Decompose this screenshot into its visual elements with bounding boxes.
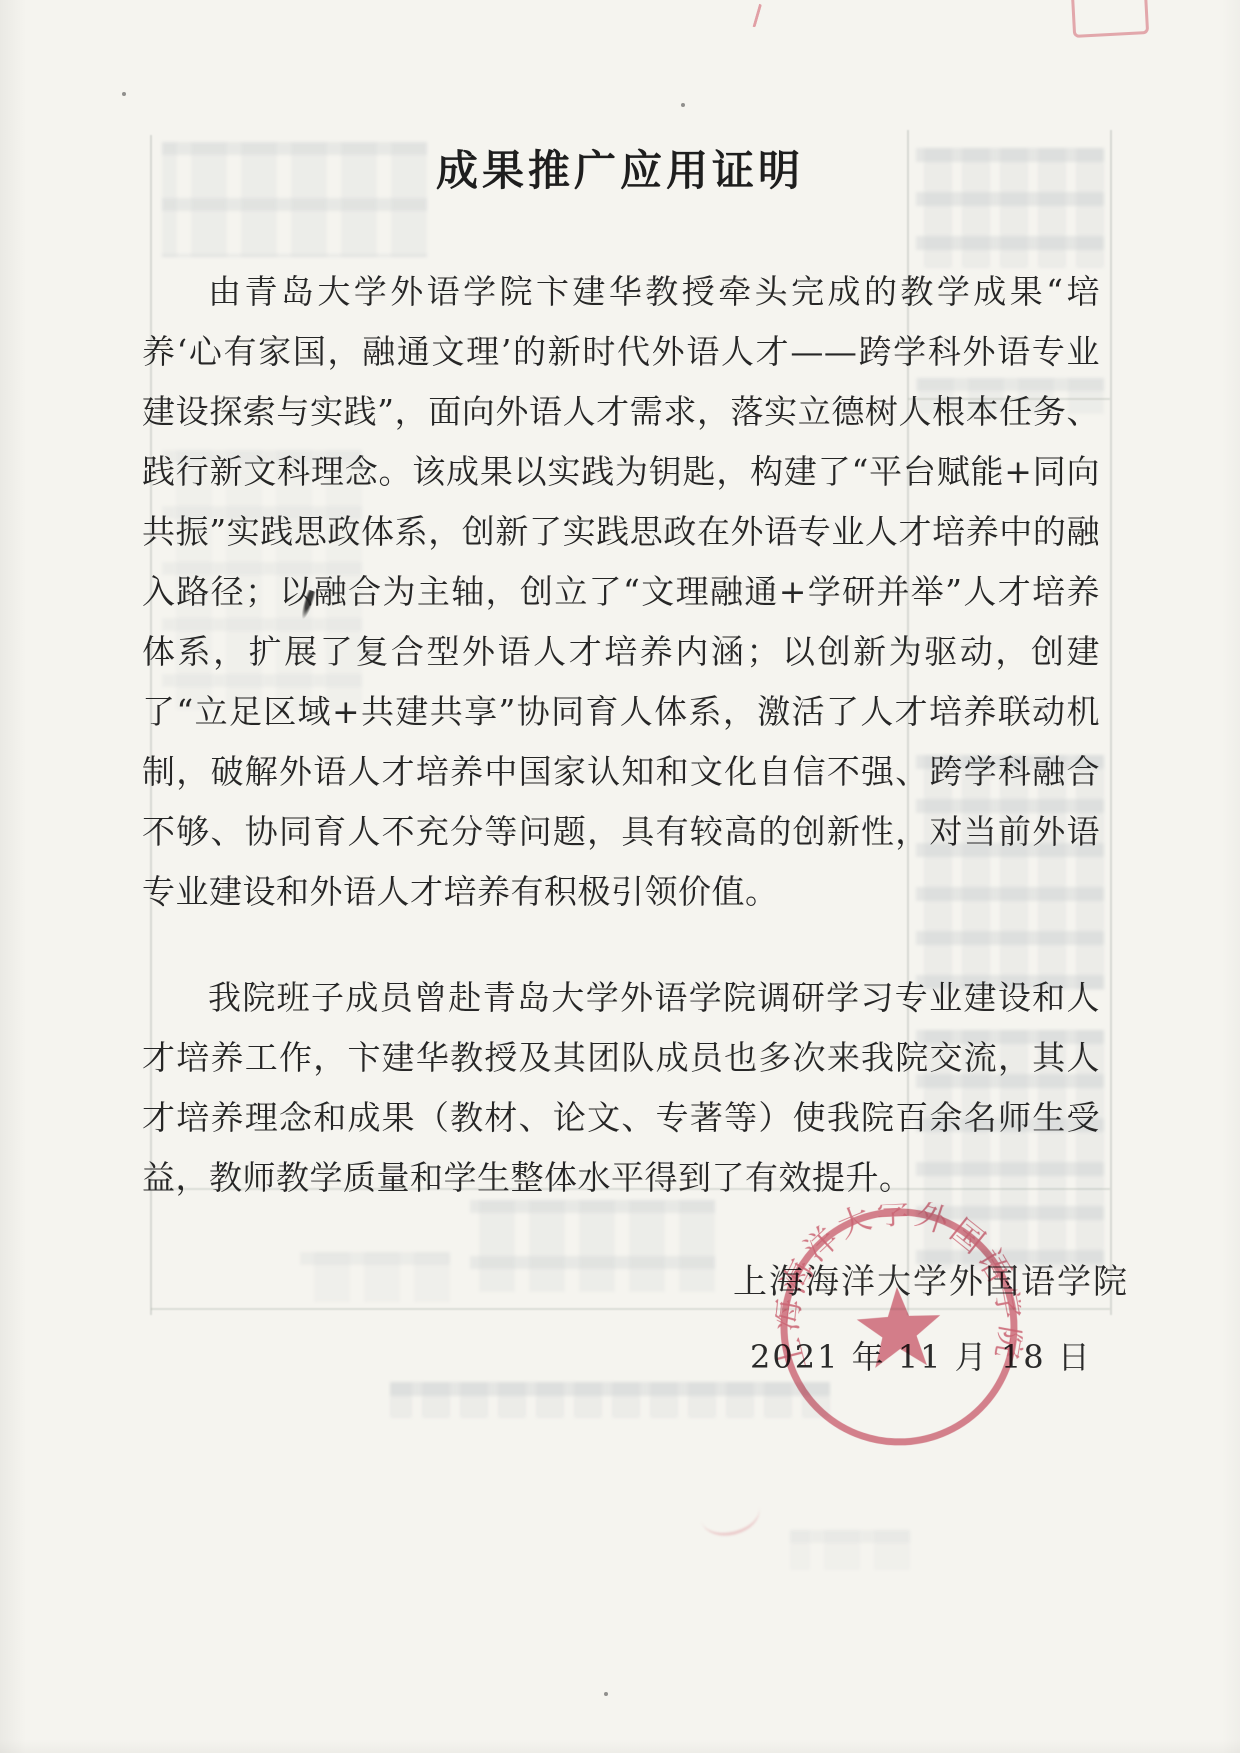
paper-speck — [681, 103, 685, 107]
certificate-body: 由青岛大学外语学院卞建华教授牵头完成的教学成果“培养‘心有家国，融通文理’的新时… — [142, 262, 1100, 1208]
bleedthrough-text-block — [790, 1530, 910, 1570]
bleedthrough-table-border-right — [1110, 130, 1112, 1315]
scanned-certificate-page: 成果推广应用证明 由青岛大学外语学院卞建华教授牵头完成的教学成果“培养‘心有家国… — [0, 0, 1240, 1753]
svg-text:上海海洋大学外国语学院: 上海海洋大学外国语学院 — [770, 1198, 1029, 1379]
bleedthrough-text-block — [300, 1252, 450, 1302]
red-corner-stamp-mark — [1071, 0, 1149, 38]
certificate-title: 成果推广应用证明 — [0, 138, 1240, 198]
paper-speck — [122, 92, 126, 96]
paragraph-application-statement: 我院班子成员曾赴青岛大学外语学院调研学习专业建设和人才培养工作，卞建华教授及其团… — [142, 968, 1100, 1208]
bleedthrough-text-block — [390, 1382, 830, 1418]
paper-speck — [604, 1692, 608, 1696]
official-seal-graphic: 上海海洋大学外国语学院 — [770, 1198, 1029, 1457]
seal-star-icon — [855, 1285, 943, 1369]
red-pen-mark — [741, 0, 762, 27]
bleedthrough-text-block — [470, 1200, 715, 1292]
seal-ring-text: 上海海洋大学外国语学院 — [770, 1198, 1029, 1379]
paragraph-achievement-description: 由青岛大学外语学院卞建华教授牵头完成的教学成果“培养‘心有家国，融通文理’的新时… — [142, 262, 1100, 922]
official-seal: 上海海洋大学外国语学院 — [770, 1198, 1029, 1457]
seal-ink-smudge — [696, 1485, 765, 1541]
